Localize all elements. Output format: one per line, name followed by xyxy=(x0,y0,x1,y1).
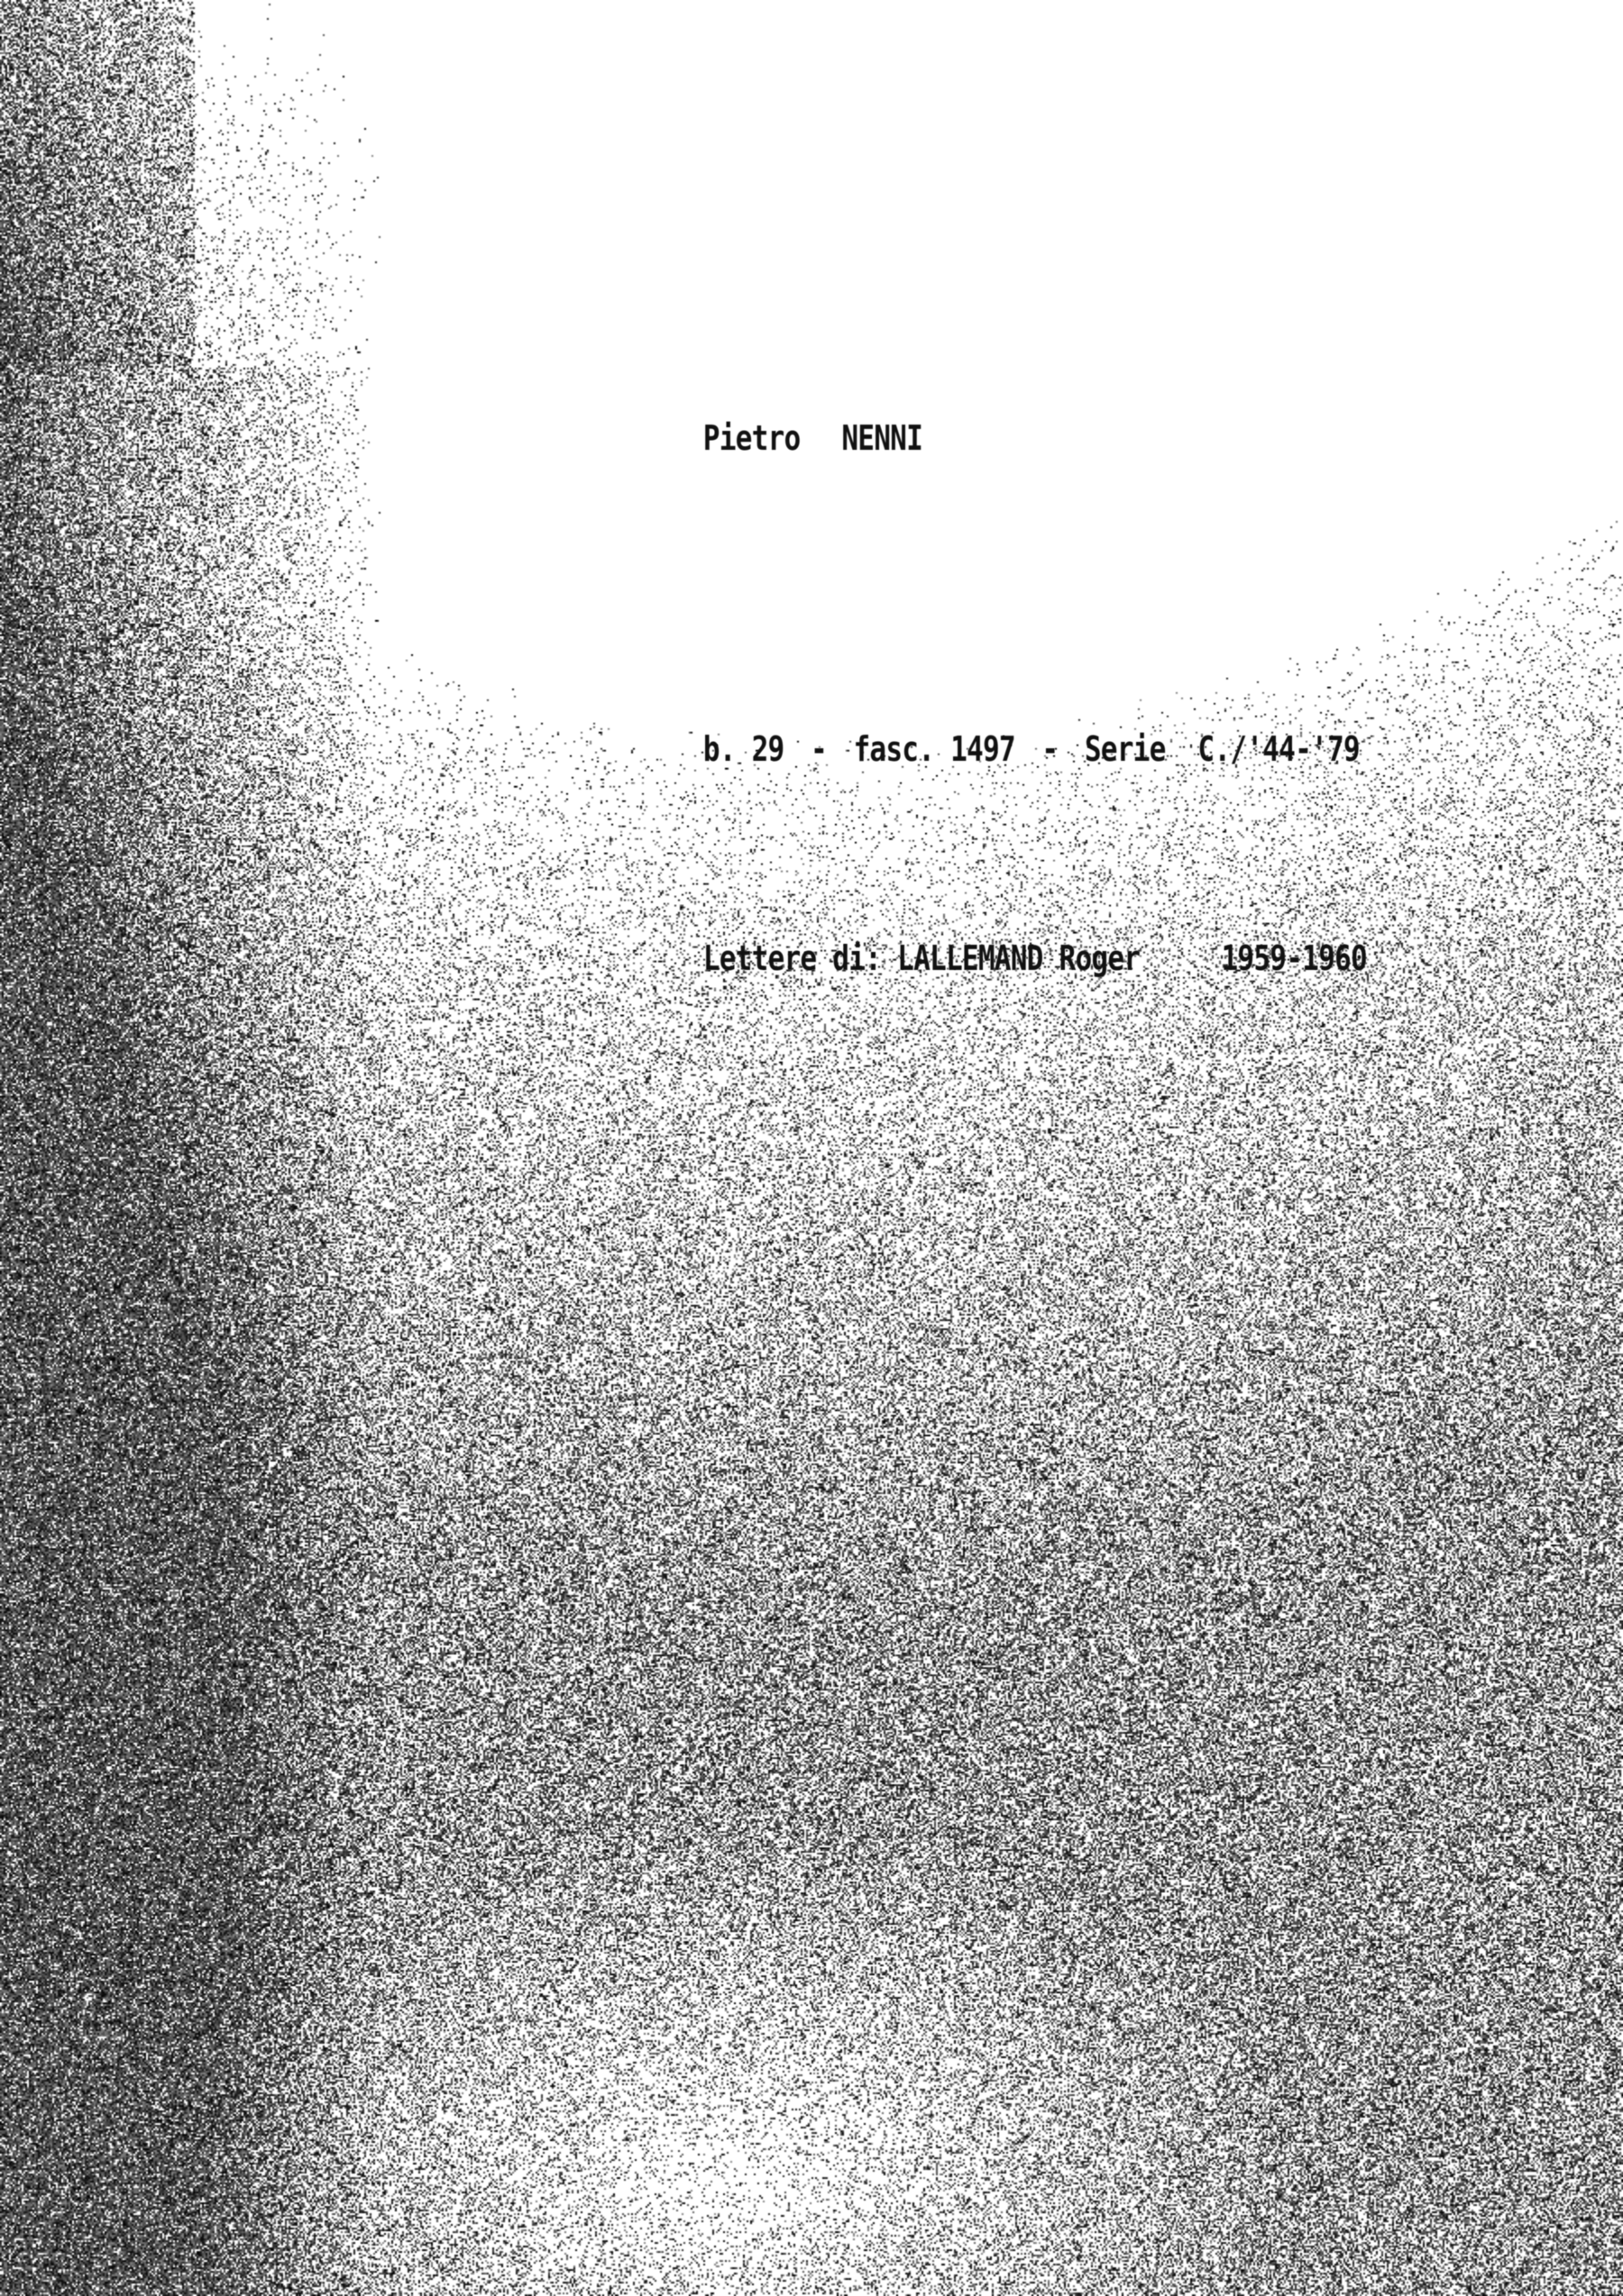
first-name: Pietro xyxy=(703,418,801,458)
subject-label: Lettere di: xyxy=(703,938,881,978)
separator: - xyxy=(811,729,827,769)
correspondent-name: LALLEMAND Roger xyxy=(897,938,1140,978)
scan-noise-texture xyxy=(0,0,1623,2296)
fascicolo-number: fasc. 1497 xyxy=(853,729,1014,769)
last-name: NENNI xyxy=(841,418,922,458)
separator: - xyxy=(1041,729,1058,769)
archive-reference: b. 29-fasc. 1497-Serie C./'44-'79 xyxy=(638,690,1360,809)
date-range: 1959-1960 xyxy=(1221,938,1366,978)
serie-label: Serie C./'44-'79 xyxy=(1085,729,1360,769)
scanned-document-page: PietroNENNI b. 29-fasc. 1497-Serie C./'4… xyxy=(0,0,1623,2296)
document-header: PietroNENNI xyxy=(638,379,922,498)
subject-line: Lettere di:LALLEMAND Roger1959-1960 xyxy=(638,899,1367,1018)
busta-number: b. 29 xyxy=(703,729,784,769)
